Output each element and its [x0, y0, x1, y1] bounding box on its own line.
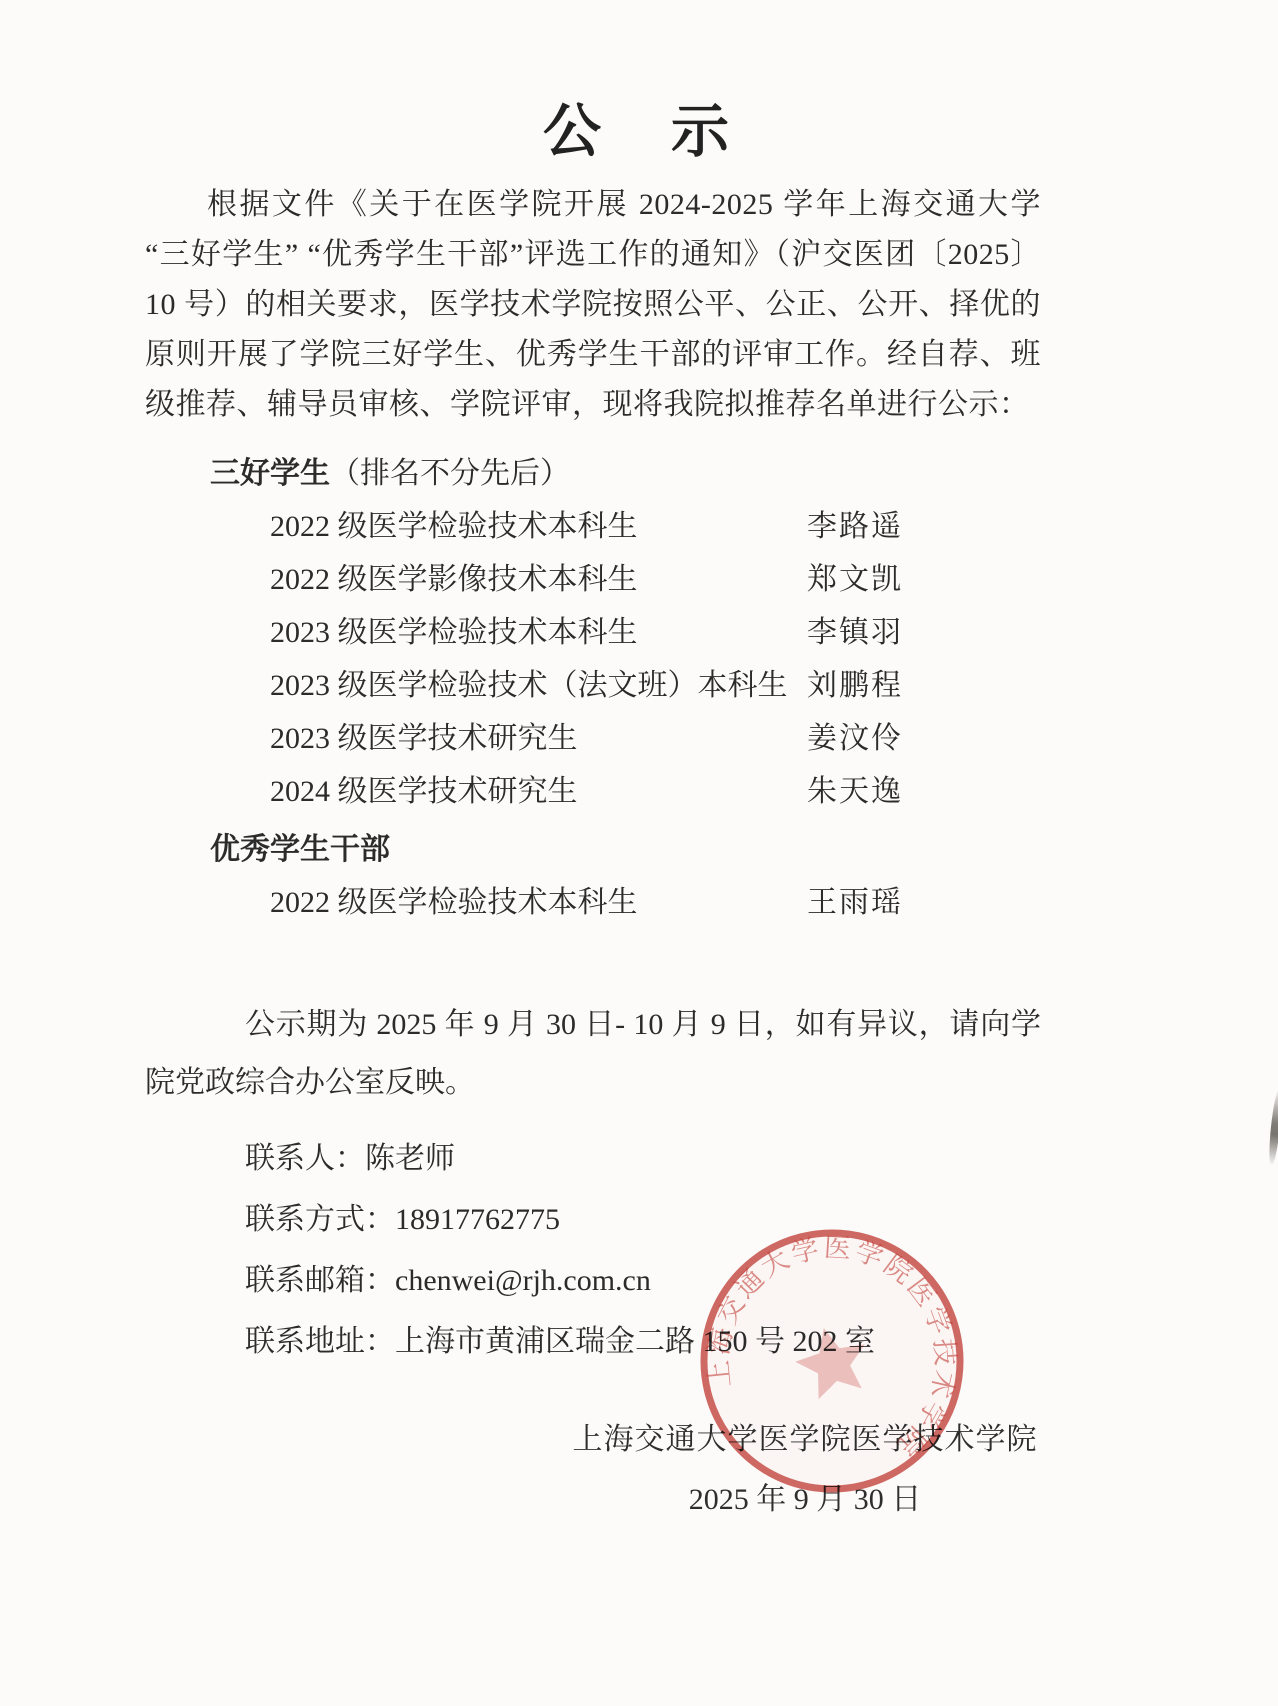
student-name: 李镇羽 — [807, 606, 903, 659]
student-name: 刘鹏程 — [807, 659, 903, 712]
student-name: 朱天逸 — [807, 765, 903, 818]
contact-phone-line: 联系方式：18917762775 — [245, 1189, 875, 1250]
section-heading-youxiu: 优秀学生干部 — [210, 824, 1041, 876]
contact-label: 联系方式： — [245, 1203, 395, 1236]
contact-label: 联系邮箱： — [245, 1264, 395, 1297]
award-row: 2024 级医学技术研究生 朱天逸 — [270, 765, 1041, 818]
intro-paragraph: 根据文件《关于在医学院开展 2024-2025 学年上海交通大学“三好学生” “… — [145, 180, 1041, 430]
award-row: 2023 级医学检验技术本科生 李镇羽 — [270, 606, 1041, 659]
contact-email-line: 联系邮箱：chenwei@rjh.com.cn — [245, 1250, 875, 1311]
student-name: 李路遥 — [807, 500, 903, 553]
program-label: 2023 级医学检验技术本科生 — [270, 606, 807, 659]
section-heading-note: （排名不分先后） — [330, 457, 570, 490]
student-name: 姜汶伶 — [807, 712, 903, 765]
contact-label: 联系地址： — [245, 1325, 395, 1358]
section-heading-bold: 三好学生 — [210, 457, 330, 490]
contact-label: 联系人： — [245, 1142, 365, 1175]
student-name: 王雨瑶 — [807, 876, 903, 929]
notice-period-paragraph: 公示期为 2025 年 9 月 30 日- 10 月 9 日，如有异议，请向学院… — [145, 996, 1041, 1112]
award-row: 2023 级医学检验技术（法文班）本科生 刘鹏程 — [270, 659, 1041, 712]
contact-person-line: 联系人：陈老师 — [245, 1128, 875, 1189]
program-label: 2023 级医学技术研究生 — [270, 712, 807, 765]
contact-value: 上海市黄浦区瑞金二路 150 号 202 室 — [395, 1325, 875, 1358]
section-heading-sanhao: 三好学生（排名不分先后） — [210, 448, 1041, 500]
contact-value: chenwei@rjh.com.cn — [395, 1264, 651, 1297]
award-row: 2022 级医学影像技术本科生 郑文凯 — [270, 553, 1041, 606]
document-page: 公 示 根据文件《关于在医学院开展 2024-2025 学年上海交通大学“三好学… — [0, 0, 1278, 1706]
contact-value: 18917762775 — [395, 1203, 560, 1236]
page-title: 公 示 — [0, 84, 1278, 168]
contact-info: 联系人：陈老师 联系方式：18917762775 联系邮箱：chenwei@rj… — [245, 1128, 875, 1372]
program-label: 2022 级医学检验技术本科生 — [270, 500, 807, 553]
program-label: 2022 级医学影像技术本科生 — [270, 553, 807, 606]
program-label: 2023 级医学检验技术（法文班）本科生 — [270, 659, 807, 712]
award-row: 2023 级医学技术研究生 姜汶伶 — [270, 712, 1041, 765]
signature-block: 上海交通大学医学院医学技术学院 2025 年 9 月 30 日 — [555, 1420, 1055, 1518]
contact-value: 陈老师 — [365, 1142, 455, 1175]
section-heading-bold: 优秀学生干部 — [210, 833, 390, 866]
program-label: 2024 级医学技术研究生 — [270, 765, 807, 818]
issuing-organization: 上海交通大学医学院医学技术学院 — [555, 1420, 1055, 1460]
award-lists: 三好学生（排名不分先后） 2022 级医学检验技术本科生 李路遥 2022 级医… — [145, 448, 1041, 929]
program-label: 2022 级医学检验技术本科生 — [270, 876, 807, 929]
contact-address-line: 联系地址：上海市黄浦区瑞金二路 150 号 202 室 — [245, 1311, 875, 1372]
issue-date: 2025 年 9 月 30 日 — [555, 1482, 1055, 1518]
scan-edge-artifact — [1267, 1088, 1278, 1167]
student-name: 郑文凯 — [807, 553, 903, 606]
award-row: 2022 级医学检验技术本科生 王雨瑶 — [270, 876, 1041, 929]
award-row: 2022 级医学检验技术本科生 李路遥 — [270, 500, 1041, 553]
